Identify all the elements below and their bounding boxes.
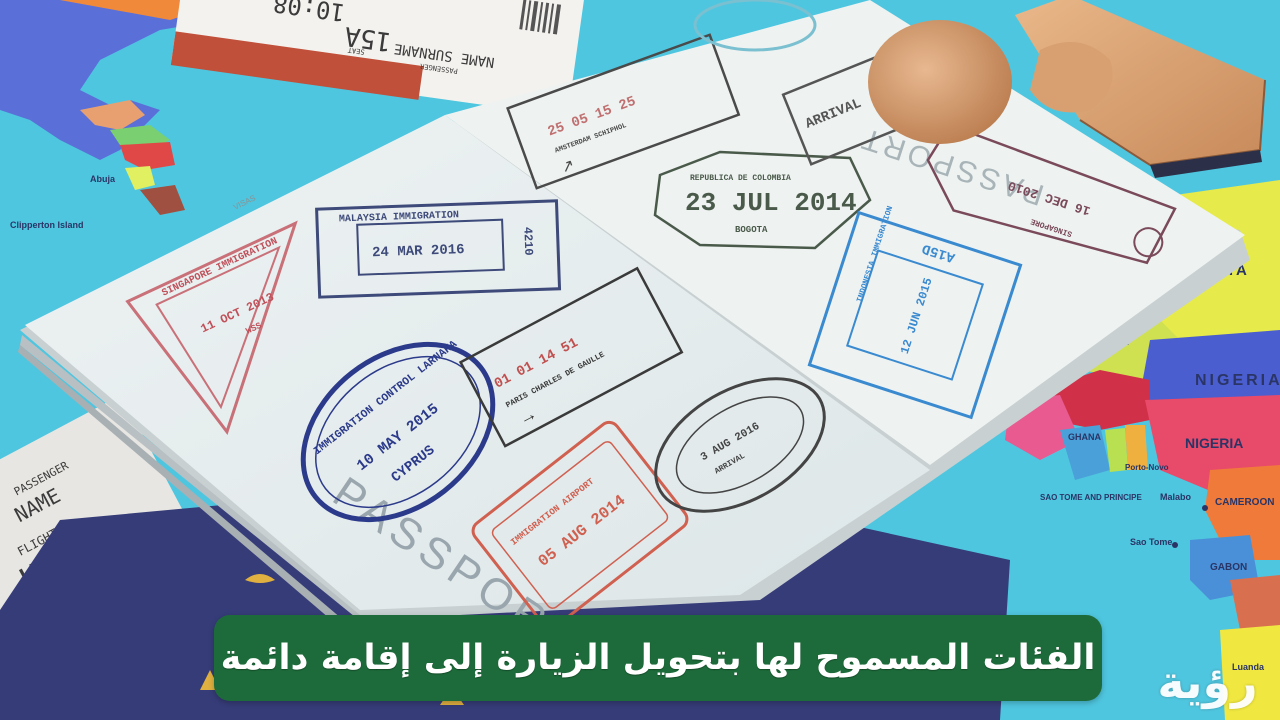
stamp-handle-knob	[868, 20, 1012, 144]
article-thumbnail: Abuja Clipperton Island NIGERIA NIGERIA …	[0, 0, 1280, 720]
map-label: NIGERIA	[1195, 372, 1280, 389]
passport-photo-illustration: Abuja Clipperton Island NIGERIA NIGERIA …	[0, 0, 1280, 720]
map-label: GHANA	[1068, 432, 1101, 442]
map-label: CAMEROON	[1215, 497, 1274, 508]
map-label: Clipperton Island	[10, 220, 84, 230]
stamp-code: 4210	[520, 227, 535, 256]
caption-banner: الفئات المسموح لها بتحويل الزيارة إلى إق…	[214, 615, 1102, 701]
site-logo[interactable]: رؤية	[1140, 652, 1275, 712]
caption-title: الفئات المسموح لها بتحويل الزيارة إلى إق…	[221, 638, 1096, 678]
map-label: Abuja	[90, 174, 116, 184]
stamp-title: REPUBLICA DE COLOMBIA	[690, 174, 791, 183]
map-label: GABON	[1210, 562, 1247, 573]
stamp-code: BOGOTA	[735, 225, 768, 235]
map-label: Malabo	[1160, 492, 1192, 502]
stamp-date: 23 JUL 2014	[685, 188, 857, 218]
stamp-date: 24 MAR 2016	[372, 242, 465, 261]
map-label: Sao Tome	[1130, 537, 1172, 547]
map-label: NIGERIA	[1185, 435, 1243, 451]
map-label: SAO TOME AND PRINCIPE	[1040, 493, 1142, 502]
map-label: Porto-Novo	[1125, 463, 1169, 472]
